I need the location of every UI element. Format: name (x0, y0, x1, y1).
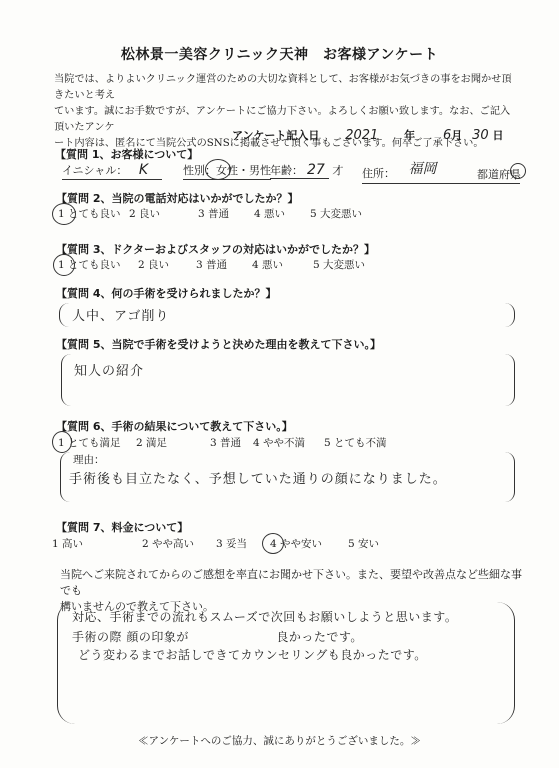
prefecture-selected-circle (510, 163, 526, 179)
comments-answer-box[interactable]: 対応、手術までの流れもスムーズで次回もお願いしようと思います。 手術の際 顔の印… (57, 602, 515, 724)
q3-selected-circle (53, 254, 75, 276)
comments-answer-line-3: どう変わるまでお話しできてカウンセリングも良かったです。 (78, 646, 427, 663)
q2-selected-circle (52, 203, 76, 225)
q7-options: 1 高い 2 やや高い 3 妥当 4 やや安い 5 安い (52, 536, 452, 556)
q6-option-2[interactable]: 2 満足 (136, 435, 167, 450)
q5-heading: 【質問 5、当院で手術を受けようと決めた理由を教えて下さい。】 (56, 336, 381, 352)
q6-reason-answer: 手術後も目立たなく、予想していた通りの顔になりました。 (69, 468, 447, 487)
footer-thanks: ≪アンケートへのご協力、誠にありがとうございました。≫ (0, 733, 559, 748)
q6-option-4[interactable]: 4 やや不満 (253, 435, 305, 450)
q1-customer-info: イニシャル： K 性別：女性・男性 年齢：27 才 住所： 福岡 都道府県 (62, 162, 522, 184)
q7-option-2[interactable]: 2 やや高い (142, 536, 194, 551)
q7-selected-circle (262, 533, 284, 554)
q3-option-5[interactable]: 5 大変悪い (313, 257, 365, 272)
q6-selected-circle (52, 431, 72, 453)
q7-option-5[interactable]: 5 安い (348, 536, 379, 551)
gender-selected-circle (205, 159, 231, 180)
address-value: 福岡 (409, 161, 437, 177)
q3-option-3[interactable]: 3 普通 (196, 257, 227, 272)
intro-line: 当院では、よりよいクリニック運営のための大切な資料として、お客様がお気づきの事を… (54, 72, 516, 104)
q4-answer: 人中、アゴ削り (72, 305, 169, 324)
q5-answer-box[interactable]: 知人の紹介 (61, 354, 515, 406)
initial-value: K (139, 162, 148, 178)
q7-option-1[interactable]: 1 高い (52, 536, 83, 551)
date-month[interactable]: 6 (443, 128, 451, 143)
date-day[interactable]: 30 (472, 128, 489, 143)
gender-separator: ・ (238, 164, 249, 177)
q2-option-3[interactable]: 3 普通 (198, 206, 229, 221)
date-year[interactable]: 2021 (345, 128, 378, 143)
address-label: 住所： (362, 167, 395, 180)
date-year-unit: 年 (404, 129, 415, 142)
q4-answer-box[interactable]: 人中、アゴ削り (59, 303, 515, 327)
date-label: アンケート記入日 (232, 129, 319, 142)
q6-reason-label: 理由： (73, 452, 105, 467)
date-day-unit: 日 (492, 129, 503, 142)
q2-option-5[interactable]: 5 大変悪い (310, 206, 362, 221)
q6-option-3[interactable]: 3 普通 (210, 435, 241, 450)
q7-heading: 【質問 7、料金について】 (56, 519, 188, 535)
q3-option-2[interactable]: 2 良い (138, 257, 169, 272)
q3-heading: 【質問 3、ドクターおよびスタッフの対応はいかがでしたか？】 (56, 241, 375, 257)
q6-heading: 【質問 6、手術の結果について教えて下さい。】 (56, 418, 293, 434)
q3-options: 1 とても良い 2 良い 3 普通 4 悪い 5 大変悪い (58, 257, 458, 277)
q2-option-2[interactable]: 2 良い (129, 206, 160, 221)
initial-label: イニシャル： (62, 164, 127, 177)
q5-answer: 知人の紹介 (74, 360, 144, 379)
q2-options: 1 とても良い 2 良い 3 普通 4 悪い 5 大変悪い (58, 206, 458, 226)
date-month-unit: 月 (451, 129, 462, 142)
initial-field[interactable]: イニシャル： K (62, 162, 162, 180)
q1-heading: 【質問 1、お客様について】 (55, 146, 198, 162)
form-title: 松林景一美容クリニック天神 お客様アンケート (0, 44, 559, 64)
comments-prompt-line: 当院へご来院されてからのご感想を率直にお聞かせ下さい。また、要望や改善点など些細… (60, 567, 530, 599)
q2-option-4[interactable]: 4 悪い (254, 206, 285, 221)
q6-option-5[interactable]: 5 とても不満 (324, 435, 387, 450)
age-value: 27 (307, 162, 325, 178)
age-unit: 才 (332, 164, 343, 177)
q7-option-3[interactable]: 3 妥当 (216, 536, 247, 551)
comments-answer-line-1: 対応、手術までの流れもスムーズで次回もお願いしようと思います。 (72, 608, 457, 625)
age-label: 年齢： (270, 164, 303, 177)
q6-reason-box[interactable]: 理由： 手術後も目立たなく、予想していた通りの顔になりました。 (60, 452, 515, 502)
age-field[interactable]: 年齢：27 才 (270, 162, 343, 178)
comments-answer-line-2: 手術の際 顔の印象が 良かったです。 (72, 628, 363, 645)
q3-option-4[interactable]: 4 悪い (252, 257, 283, 272)
gender-option-male[interactable]: 男性 (249, 164, 271, 177)
q4-heading: 【質問 4、何の手術を受けられましたか？】 (56, 285, 276, 301)
q2-heading: 【質問 2、当院の電話対応はいかがでしたか？】 (56, 190, 298, 206)
entry-date: アンケート記入日 2021 年 6月 30 日 (232, 127, 503, 143)
